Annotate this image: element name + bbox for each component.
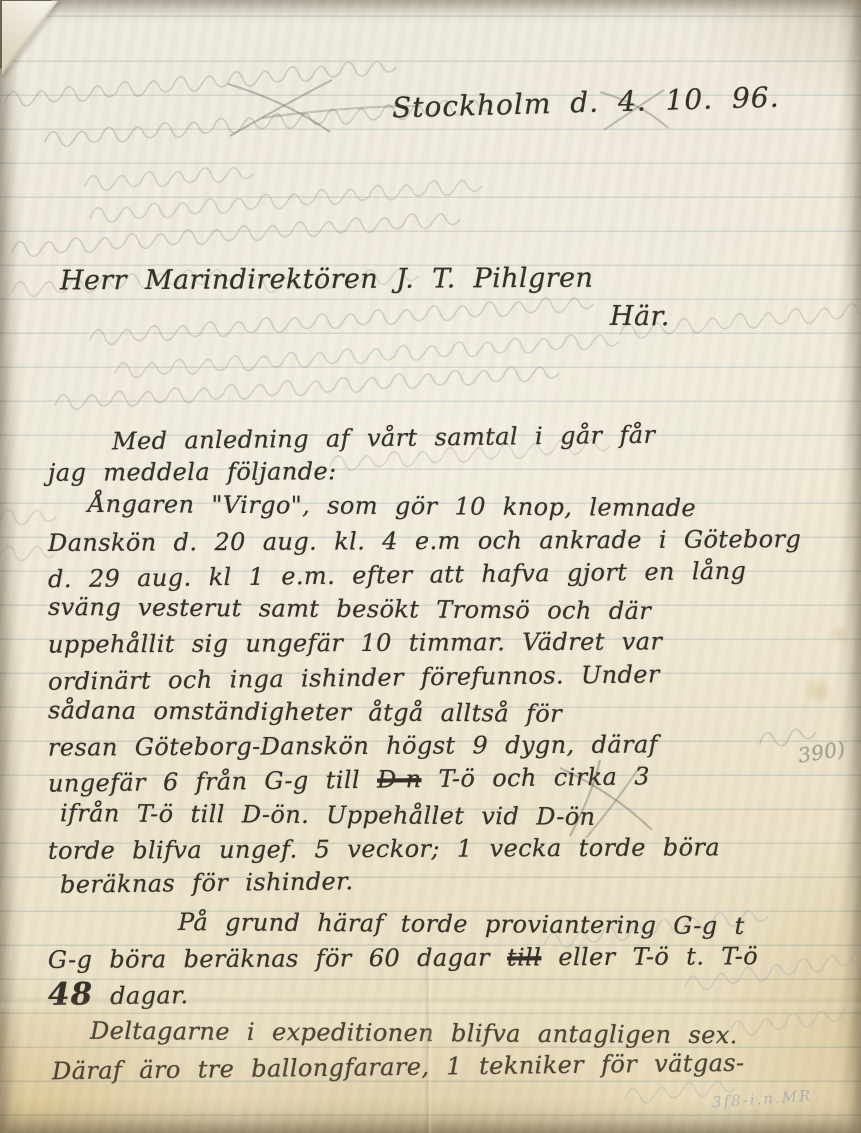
line-segment: G-g böra beräknas för 60 dagar: [48, 943, 507, 973]
letter-line: sväng vesterut samt besökt Tromsö och dä…: [48, 593, 651, 625]
emphasized-number: 48: [48, 976, 94, 1013]
line-segment: dagar.: [93, 981, 189, 1010]
struck-word: D-n: [377, 765, 422, 794]
letter-line: sådana omständigheter åtgå alltså för: [48, 696, 562, 728]
letter-line: torde blifva ungef. 5 veckor; 1 vecka to…: [48, 833, 720, 865]
line-segment: eller T-ö t. T-ö: [541, 942, 758, 971]
letter-line: jag meddela följande:: [48, 457, 337, 487]
letter-line: På grund häraf torde proviantering G-g t: [178, 908, 745, 940]
letter-line: Deltagarne i expeditionen blifva antagli…: [90, 1017, 738, 1050]
scanned-letter: Stockholm d. 4. 10. 96. Herr Marindirekt…: [0, 0, 861, 1133]
line-segment: ungefär 6 från G-g till: [48, 766, 377, 798]
letter-line: uppehållit sig ungefär 10 timmar. Vädret…: [48, 627, 662, 658]
letter-line: beräknas för ishinder.: [60, 867, 354, 899]
letter-line: G-g böra beräknas för 60 dagar till elle…: [48, 942, 758, 974]
line-segment: T-ö och cirka 3: [421, 762, 650, 793]
letter-line: resan Göteborg-Danskön högst 9 dygn, där…: [48, 730, 658, 761]
letter-line: ifrån T-ö till D-ön. Uppehållet vid D-ön: [60, 799, 596, 831]
letter-line: Danskön d. 20 aug. kl. 4 e.m och ankrade…: [48, 525, 801, 557]
struck-word: till: [507, 943, 541, 971]
letter-line: 48 dagar.: [48, 975, 189, 1013]
recipient-line: Herr Marindirektören J. T. Pihlgren: [60, 263, 593, 297]
letter-line: Ångaren "Virgo", som gör 10 knop, lemnad…: [88, 490, 696, 522]
recipient-place: Här.: [610, 301, 670, 332]
